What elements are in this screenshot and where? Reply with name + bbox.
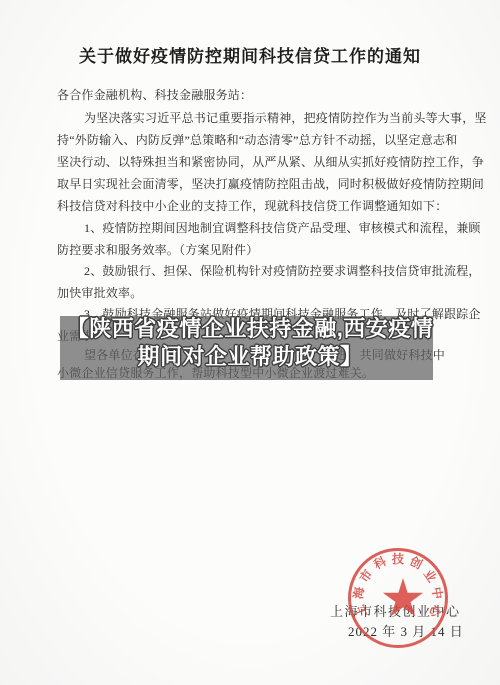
body-line: 加快审批效率。 [57, 286, 142, 300]
salutation-line: 各合作金融机构、科技金融服务站： [57, 88, 252, 102]
body-line-item-3: 3、鼓励科技金融服务站做好疫情期间科技金融服务工作，及时了解跟踪企 [84, 307, 481, 321]
body-line: 取早日实现社会面清零，坚决打赢疫情防控阻击战，同时积极做好疫情防控期间 [57, 177, 484, 191]
body-line: 坚决行动、以特殊担当和紧密协同，从严从紧、从细从实抓好疫情防控工作，争 [57, 155, 484, 169]
body-line-partially-obscured: 业需求 [57, 329, 94, 343]
page-title: 关于做好疫情防控期间科技信贷工作的通知 [0, 42, 500, 67]
seal-arc-char: 技 [392, 553, 404, 565]
obscured-line-left-fragment: 望各单位在疫 [84, 348, 157, 362]
body-line: 科技信贷对科技中小企业的支持工作，现就科技信贷工作调整通知如下： [57, 199, 447, 213]
seal-arc-char: 业 [422, 567, 439, 584]
body-line-obscured-middle: 望各单位在疫 进，共同做好科技中 [84, 348, 445, 362]
seal-arc-char: 创 [408, 555, 424, 571]
body-line: 为坚决落实习近平总书记重要指示精神，把疫情防控作为当前头等大事，坚 [84, 111, 487, 125]
document-page: 关于做好疫情防控期间科技信贷工作的通知 各合作金融机构、科技金融服务站： 为坚决… [0, 0, 500, 685]
body-line: 持“外防输入、内防反弹”总策略和“动态清零”总方针不动摇，以坚定意志和 [57, 133, 457, 147]
stamp-org-name: 上海市科技创业中心 [330, 601, 461, 620]
seal-arc-char: 中 [430, 586, 443, 599]
body-line: 小微企业信贷服务工作，帮助科技型中小微企业渡过难关。 [57, 366, 374, 380]
body-line-item-1: 1、疫情防控期间因地制宜调整科技信贷产品受理、审核模式和流程，兼顾 [84, 221, 481, 235]
watermark-overlay: 【陕西省疫情企业扶持金融,西安疫情 期间对企业帮助政策】 [40, 315, 460, 371]
stamp-date: 2022 年 3 月 14 日 [348, 621, 464, 640]
seal-arc-char: 科 [372, 555, 388, 571]
body-line-item-2: 2、鼓励银行、担保、保险机构针对疫情防控要求调整科技信贷审批流程， [84, 264, 481, 278]
seal-arc-char: 海 [353, 586, 366, 599]
seal-arc-char: 市 [358, 567, 375, 584]
obscured-line-right-fragment: 进，共同做好科技中 [335, 348, 445, 362]
body-line: 防控要求和服务效率。（方案见附件） [57, 243, 258, 257]
